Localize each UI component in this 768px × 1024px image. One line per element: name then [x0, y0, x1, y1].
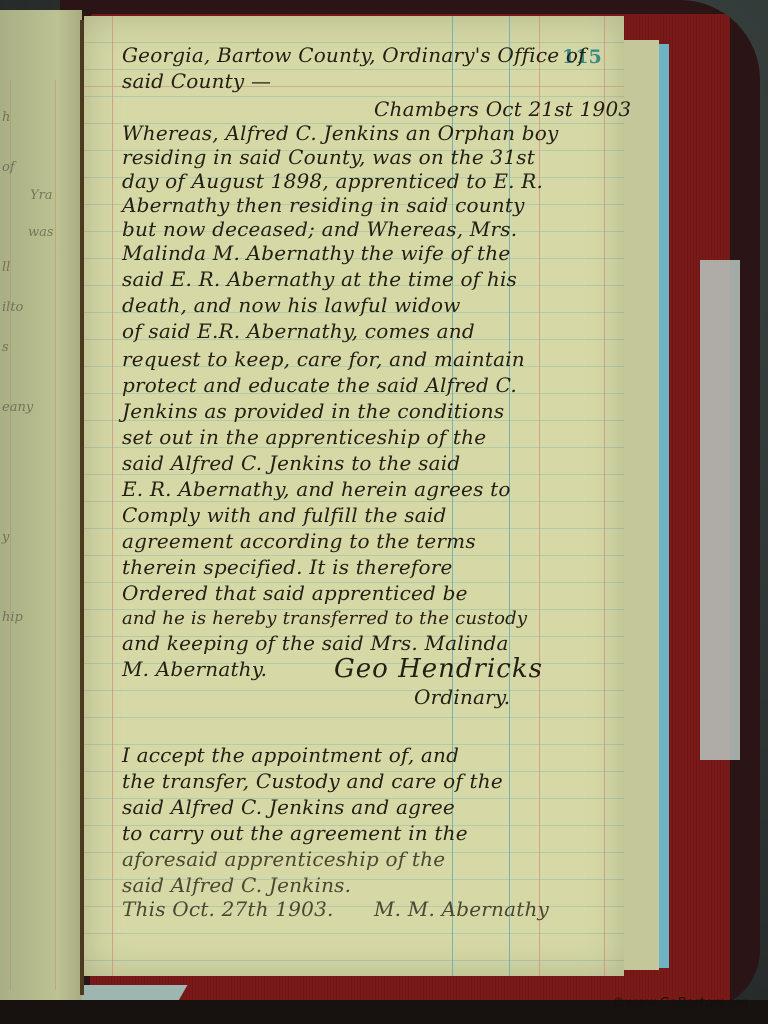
order-line: said Alfred C. Jenkins to the said — [122, 450, 460, 476]
ledger-page: 115 Georgia, Bartow County, Ordinary's O… — [84, 16, 624, 976]
margin-rule — [55, 80, 56, 990]
acceptance-line: aforesaid apprenticeship of the — [122, 846, 445, 872]
left-page-text: was — [28, 225, 54, 240]
heading-line: said County — — [122, 68, 271, 94]
order-line: Jenkins as provided in the conditions — [122, 398, 504, 424]
acceptance-line: the transfer, Custody and care of the — [122, 768, 503, 794]
acceptance-signature: M. M. Abernathy — [374, 896, 549, 922]
order-line: and keeping of the said Mrs. Malinda — [122, 630, 509, 656]
acceptance-line: said Alfred C. Jenkins. — [122, 872, 351, 898]
order-line: E. R. Abernathy, and herein agrees to — [122, 476, 511, 502]
cover-corner-right — [700, 260, 740, 760]
acceptance-line: I accept the appointment of, and — [122, 742, 459, 768]
underlying-page — [618, 40, 659, 970]
watermark: ©www.GaBartow.org — [612, 996, 748, 1011]
order-line: set out in the apprenticeship of the — [122, 424, 486, 450]
acceptance-line: said Alfred C. Jenkins and agree — [122, 794, 455, 820]
order-line: protect and educate the said Alfred C. — [122, 372, 517, 398]
order-line: but now deceased; and Whereas, Mrs. — [122, 216, 517, 242]
order-line: death, and now his lawful widow — [122, 292, 461, 318]
order-line: Comply with and fulfill the said — [122, 502, 446, 528]
dateline: Chambers Oct 21st 1903 — [374, 96, 631, 122]
left-page: h of Yra was ll ilto s eany y hip — [0, 10, 82, 1000]
left-page-text: hip — [2, 610, 23, 625]
order-line: residing in said County, was on the 31st — [122, 144, 535, 170]
order-line: of said E.R. Abernathy, comes and — [122, 318, 475, 344]
heading-line: Georgia, Bartow County, Ordinary's Offic… — [122, 42, 586, 68]
order-line: Whereas, Alfred C. Jenkins an Orphan boy — [122, 120, 559, 146]
column-rule — [604, 16, 605, 976]
ordinary-signature: Geo Hendricks — [334, 656, 543, 682]
order-line: agreement according to the terms — [122, 528, 476, 554]
left-page-text: y — [2, 530, 9, 545]
left-page-text: s — [2, 340, 9, 355]
margin-rule — [10, 80, 11, 990]
order-line: Malinda M. Abernathy the wife of the — [122, 240, 510, 266]
acceptance-line: to carry out the agreement in the — [122, 820, 468, 846]
order-line: request to keep, care for, and maintain — [122, 346, 525, 372]
left-page-text: Yra — [30, 188, 53, 203]
order-line: day of August 1898, apprenticed to E. R. — [122, 168, 543, 194]
order-line: M. Abernathy. — [122, 656, 267, 682]
column-rule — [539, 16, 540, 976]
left-page-text: ll — [2, 260, 10, 275]
left-page-text: h — [2, 110, 10, 125]
order-line: Ordered that said apprenticed be — [122, 580, 468, 606]
acceptance-date: This Oct. 27th 1903. — [122, 896, 334, 922]
left-page-text: eany — [2, 400, 33, 415]
order-line: said E. R. Abernathy at the time of his — [122, 266, 517, 292]
order-line: and he is hereby transferred to the cust… — [122, 606, 527, 632]
ordinary-title: Ordinary. — [414, 684, 510, 710]
order-line: therein specified. It is therefore — [122, 554, 453, 580]
left-page-text: ilto — [2, 300, 23, 315]
order-line: Abernathy then residing in said county — [122, 192, 525, 218]
left-page-text: of — [2, 160, 15, 175]
margin-rule — [112, 16, 113, 976]
